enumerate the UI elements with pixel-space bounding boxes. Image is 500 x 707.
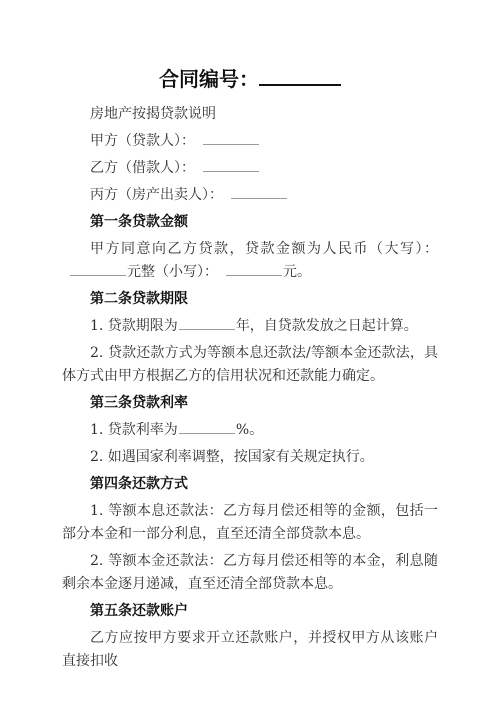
article5-heading: 第五条还款账户	[62, 600, 438, 623]
article3-heading: 第三条贷款利率	[62, 392, 438, 415]
article5-heading-text: 第五条还款账户	[90, 603, 188, 619]
interest-rate-blank-line	[179, 423, 235, 434]
article2-p1-text-post: 年，自贷款发放之日起计算。	[236, 318, 418, 334]
article2-paragraph-2: 2. 贷款还款方式为等额本息还款法/等额本金还款法，具体方式由甲方根据乙方的信用…	[62, 342, 438, 388]
loan-term-blank-line	[179, 319, 235, 330]
party-b-line: 乙方（借款人）：	[62, 157, 438, 180]
article3-p1-text-post: %。	[236, 422, 263, 438]
party-b-blank-line	[203, 161, 259, 172]
contract-number-blank-line	[259, 73, 341, 86]
party-a-blank-line	[203, 134, 259, 145]
article2-heading-text: 第二条贷款期限	[90, 291, 188, 307]
article3-paragraph-2: 2. 如遇国家利率调整，按国家有关规定执行。	[62, 446, 438, 469]
contract-document-page: 合同编号： 房地产按揭贷款说明 甲方（贷款人）： 乙方（借款人）： 丙方（房产出…	[0, 0, 500, 707]
article2-heading: 第二条贷款期限	[62, 288, 438, 311]
party-a-label: 甲方（贷款人）：	[90, 133, 195, 149]
article4-paragraph-2: 2. 等额本金还款法：乙方每月偿还相等的本金，利息随剩余本金逐月递减，直至还清全…	[62, 550, 438, 596]
article3-heading-text: 第三条贷款利率	[90, 395, 188, 411]
article1-paragraph-1: 甲方同意向乙方贷款，贷款金额为人民币（大写）：元整（小写）：元。	[62, 238, 438, 284]
article2-p2-text: 2. 贷款还款方式为等额本息还款法/等额本金还款法，具体方式由甲方根据乙方的信用…	[62, 345, 438, 384]
party-c-label: 丙方（房产出卖人）：	[90, 187, 223, 203]
article4-heading-text: 第四条还款方式	[90, 476, 188, 492]
contract-number-label: 合同编号：	[159, 67, 259, 91]
article4-heading: 第四条还款方式	[62, 473, 438, 496]
amount-uppercase-blank-line	[70, 265, 126, 276]
article5-p1-text: 乙方应按甲方要求开立还款账户，并授权甲方从该账户直接扣收	[62, 630, 438, 669]
article1-p1-text-post: 元。	[283, 264, 311, 280]
doc-subtitle-text: 房地产按揭贷款说明	[90, 106, 216, 122]
party-b-label: 乙方（借款人）：	[90, 160, 195, 176]
party-a-line: 甲方（贷款人）：	[62, 130, 438, 153]
party-c-line: 丙方（房产出卖人）：	[62, 184, 438, 207]
article3-p2-text: 2. 如遇国家利率调整，按国家有关规定执行。	[90, 449, 374, 465]
article1-p1-text-mid: 元整（小写）：	[127, 264, 218, 280]
article3-p1-text-pre: 1. 贷款利率为	[90, 422, 178, 438]
article4-paragraph-1: 1. 等额本息还款法：乙方每月偿还相等的金额，包括一部分本金和一部分利息，直至还…	[62, 500, 438, 546]
doc-subtitle: 房地产按揭贷款说明	[62, 103, 438, 126]
article1-p1-text-pre: 甲方同意向乙方贷款，贷款金额为人民币（大写）：	[90, 241, 438, 257]
article4-p1-text: 1. 等额本息还款法：乙方每月偿还相等的金额，包括一部分本金和一部分利息，直至还…	[62, 503, 438, 542]
contract-number-title: 合同编号：	[62, 66, 438, 92]
article5-paragraph-1: 乙方应按甲方要求开立还款账户，并授权甲方从该账户直接扣收	[62, 627, 438, 673]
article1-heading: 第一条贷款金额	[62, 211, 438, 234]
article3-paragraph-1: 1. 贷款利率为%。	[62, 419, 438, 442]
article2-p1-text-pre: 1. 贷款期限为	[90, 318, 178, 334]
article2-paragraph-1: 1. 贷款期限为年，自贷款发放之日起计算。	[62, 315, 438, 338]
article1-heading-text: 第一条贷款金额	[90, 214, 188, 230]
article4-p2-text: 2. 等额本金还款法：乙方每月偿还相等的本金，利息随剩余本金逐月递减，直至还清全…	[62, 553, 438, 592]
party-c-blank-line	[231, 188, 287, 199]
amount-lowercase-blank-line	[226, 265, 282, 276]
